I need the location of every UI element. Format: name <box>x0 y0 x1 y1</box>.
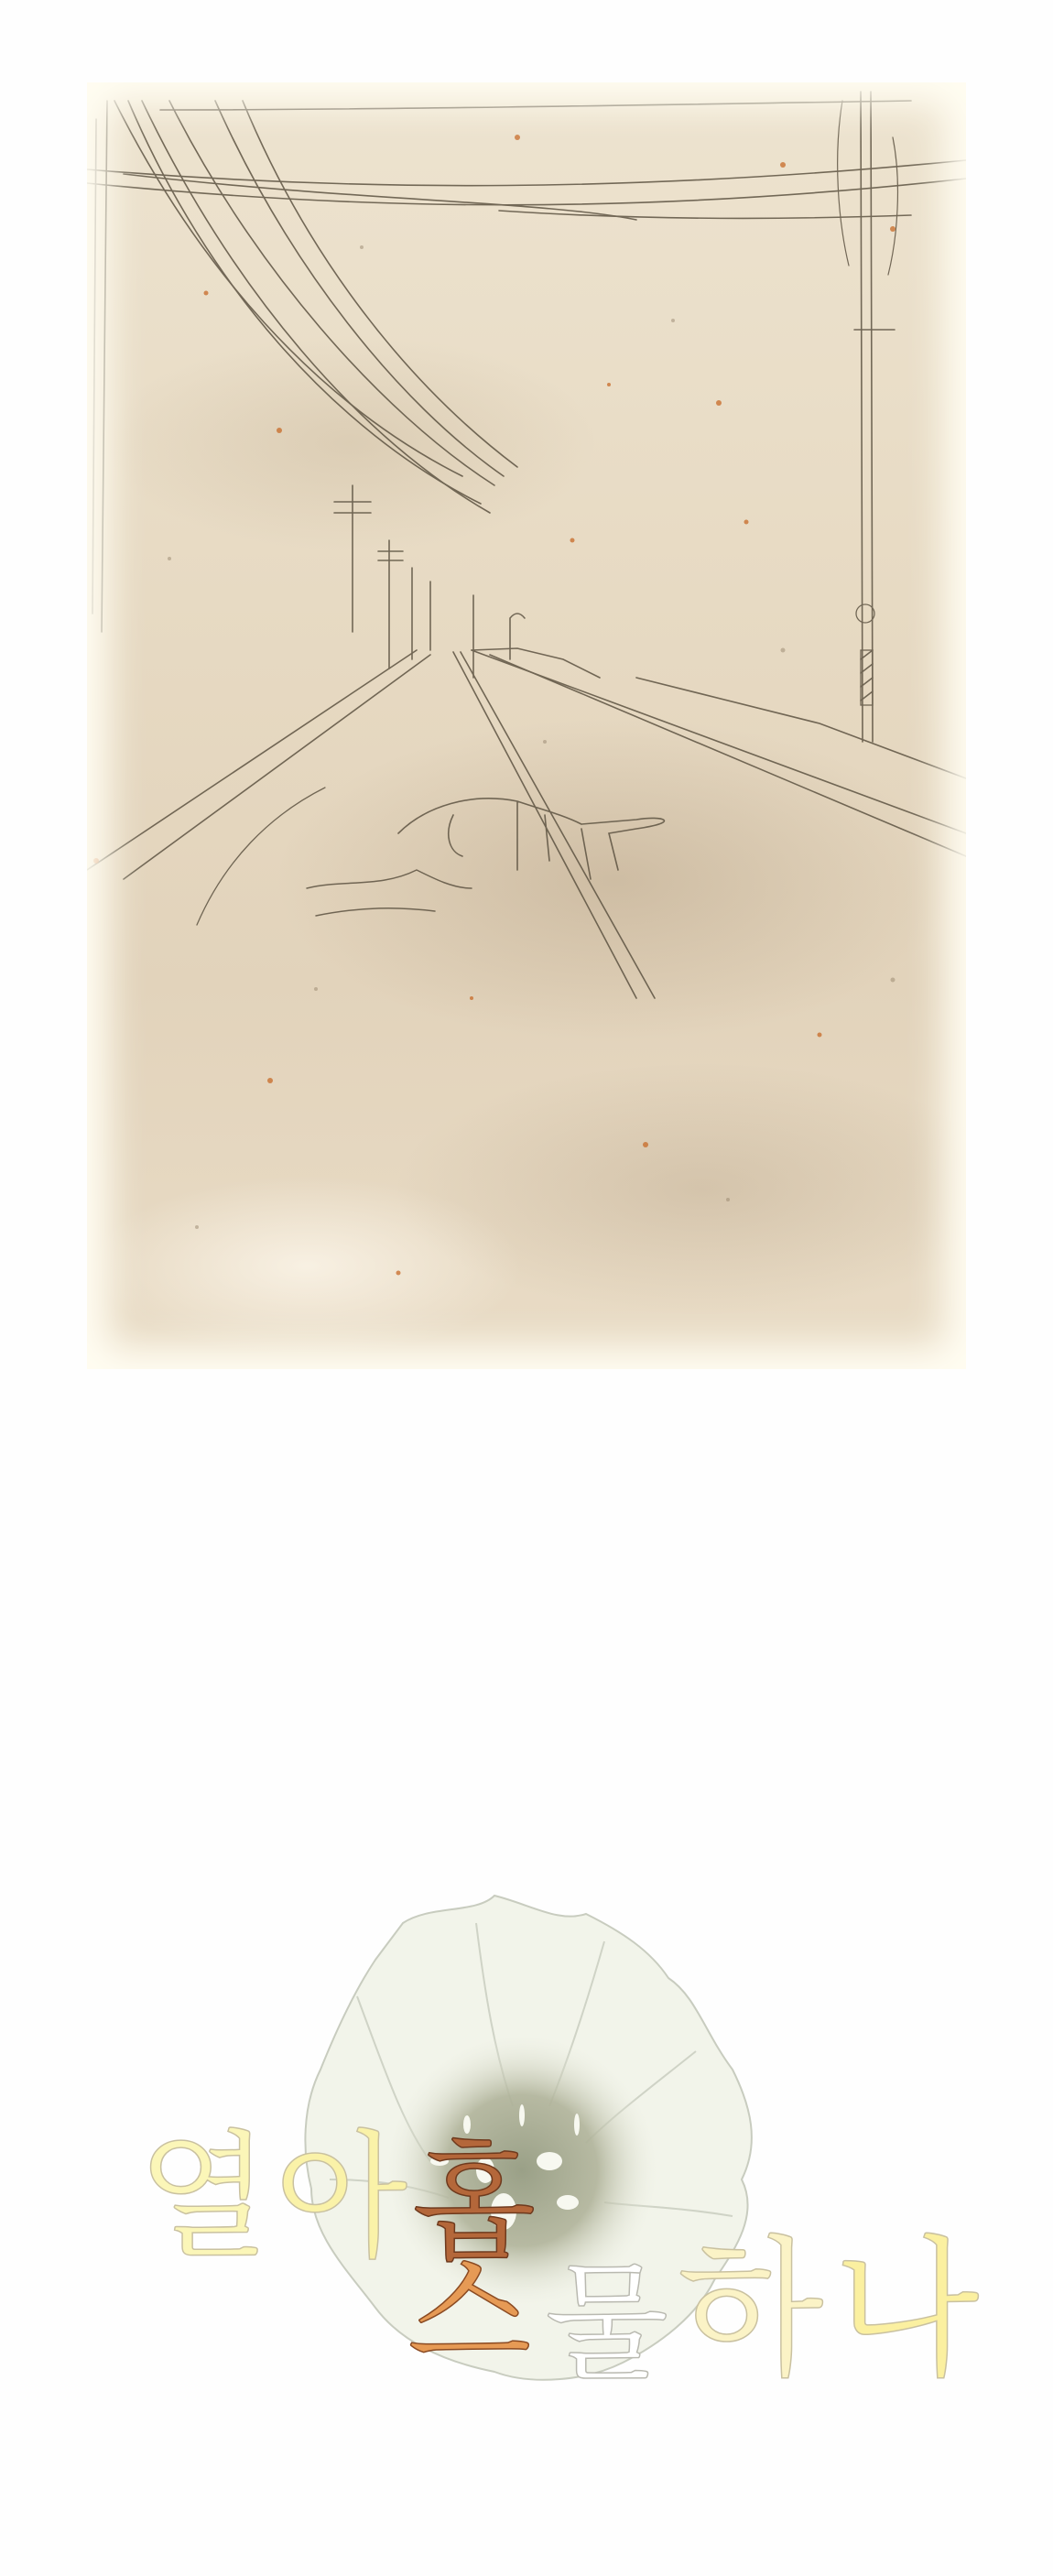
title-glyph-mul: 물 <box>545 2260 668 2388</box>
paper-flecks <box>93 135 896 1276</box>
road-sketch-panel <box>87 82 966 1369</box>
title-card: 열 아 홉 스 물 하 나 <box>128 1886 934 2436</box>
road-sketch-illustration <box>87 82 966 1369</box>
title-glyph-seu: 스 <box>407 2251 531 2379</box>
title-glyph-a: 아 <box>275 2129 407 2266</box>
title-glyph-yeol: 열 <box>137 2129 270 2266</box>
title-glyph-na: 나 <box>833 2234 979 2386</box>
webtoon-page: 열 아 홉 스 물 하 나 <box>0 0 1053 2576</box>
title-glyph-ha: 하 <box>678 2234 823 2386</box>
